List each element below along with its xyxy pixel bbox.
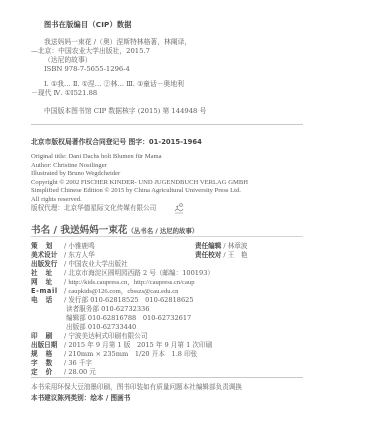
rights-reserved-line: All rights reserved.: [31, 196, 82, 205]
detail-value: 东方人华: [68, 251, 94, 259]
display-category: 本书建议陈列类别：绘本 / 图画书: [31, 392, 130, 402]
illustrator-line: Illustrated by Bruno Wegdcheider: [31, 170, 120, 179]
agent-logo-icon: [173, 202, 185, 214]
series-name: （丛书名 / 达尼的故事）: [128, 227, 199, 235]
detail-value: 小雅鹿鸣: [68, 242, 94, 250]
detail-proofreader: 责任校对/ 王 艳: [195, 251, 247, 260]
book-name: 书名 / 我送妈妈一束花: [31, 225, 128, 236]
detail-value: 210mm × 235mm 1/20 开本 1.8 印张: [68, 350, 197, 358]
detail-value: 2015 年 9 月第 1 版 2015 年 9 月第 1 次印刷: [68, 341, 212, 349]
detail-pub-date: 出版日期/ 2015 年 9 月第 1 版 2015 年 9 月第 1 次印刷: [31, 341, 212, 350]
detail-word-count: 字数/ 36 千字: [31, 359, 92, 368]
detail-format: 规格/ 210mm × 235mm 1/20 开本 1.8 印张: [31, 350, 197, 359]
detail-value: 王 艳: [228, 251, 248, 259]
cip-line-series: （达尼的故事）: [44, 56, 92, 65]
phone-line-4: 出版部 010-62733440: [66, 323, 136, 332]
detail-email: E-mail/ caupkids@126.com，cbsszs@cau.edu.…: [31, 287, 178, 296]
detail-label: 出版日期: [31, 341, 64, 350]
detail-price: 定价/ 28.00 元: [31, 368, 96, 377]
detail-value: 28.00 元: [68, 368, 96, 376]
detail-address: 社址/ 北京市海淀区圆明园西路 2 号（邮编：100193）: [31, 269, 214, 278]
cip-number: 中国版本图书馆 CIP 数据核字 (2015) 第 144948 号: [44, 107, 206, 116]
print-notice: 本书采用环保大豆油墨印刷，图书印装如有质量问题本社编辑部负责调换: [31, 381, 242, 391]
book-name-line: 书名 / 我送妈妈一束花（丛书名 / 达尼的故事）: [31, 222, 198, 236]
detail-website: 网址/ http://kids.caupress.cn，http://caupr…: [31, 278, 195, 287]
detail-value: 36 千字: [68, 359, 92, 367]
phone-line-3: 编辑部 010-62816788 010-62732617: [66, 314, 191, 323]
detail-label: 社址: [31, 269, 64, 278]
detail-art-design: 美术设计/ 东方人华: [31, 251, 95, 260]
detail-label: E-mail: [31, 287, 64, 296]
detail-label: 网址: [31, 278, 64, 287]
detail-label: 电话: [31, 296, 64, 305]
detail-phone: 电话/ 发行部 010-62818525 010-62818625: [31, 296, 194, 305]
website-link[interactable]: http://kids.caupress.cn，http://caupress.…: [68, 279, 194, 286]
detail-label: 定价: [31, 368, 64, 377]
cip-subject-line-2: －现代 Ⅳ. ①I521.88: [31, 89, 97, 98]
cip-line-isbn: ISBN 978-7-5655-1296-4: [44, 65, 130, 74]
author-line: Author: Christine Nostlinger: [31, 162, 107, 171]
detail-label: 字数: [31, 359, 64, 368]
detail-editor: 责任编辑/ 林章波: [195, 242, 247, 251]
detail-value: 北京市海淀区圆明园西路 2 号（邮编：100193）: [68, 269, 214, 277]
detail-label: 印刷: [31, 332, 64, 341]
detail-planner: 策划/ 小雅鹿鸣: [31, 242, 95, 251]
detail-value: 中国农业大学出版社: [68, 260, 127, 268]
original-title: Original title: Dani Dachs holt Blumen f…: [31, 153, 162, 162]
phone-line-1: 发行部 010-62818525 010-62818625: [68, 296, 193, 304]
detail-value: 宁波美达柯式印刷有限公司: [68, 332, 147, 340]
divider-bottom: [31, 377, 303, 378]
detail-label: 美术设计: [31, 251, 64, 260]
phone-line-2: 读者服务部 010-62732336: [66, 305, 149, 314]
cip-subject-line-1: Ⅰ. ①我… Ⅱ. ①涅… ②林… Ⅲ. ①童话－奥地利: [44, 80, 184, 89]
copyright-agent-line: 版权代理：北京华德星际文化传媒有限公司: [31, 204, 156, 213]
cip-line-publisher: —北京：中国农业大学出版社，2015.7: [31, 47, 150, 56]
divider-top: [31, 124, 303, 125]
detail-value: 林章波: [228, 242, 248, 250]
detail-label: 策划: [31, 242, 64, 251]
cip-line-title: 我送妈妈一束花 /（奥）涅斯特林格著，林阑译，: [44, 38, 191, 47]
detail-publisher: 出版发行/ 中国农业大学出版社: [31, 260, 128, 269]
email-link[interactable]: caupkids@126.com，cbsszs@cau.edu.cn: [68, 288, 178, 295]
detail-label: 出版发行: [31, 260, 64, 269]
detail-label: 规格: [31, 350, 64, 359]
copyright-line: Copyright © 2002 FISCHER KINDER- UND JUG…: [31, 179, 248, 188]
divider-book-name: [31, 236, 303, 237]
detail-label: 责任编辑: [195, 242, 221, 251]
copyright-registration: 北京市版权局著作权合同登记号 图字：01-2015-1964: [31, 136, 202, 146]
detail-label: 责任校对: [195, 251, 221, 260]
simplified-edition-line: Simplified Chinese Edition © 2015 by Chi…: [31, 187, 241, 196]
cip-title: 图书在版编目（CIP）数据: [44, 20, 132, 30]
detail-printer: 印刷/ 宁波美达柯式印刷有限公司: [31, 332, 147, 341]
